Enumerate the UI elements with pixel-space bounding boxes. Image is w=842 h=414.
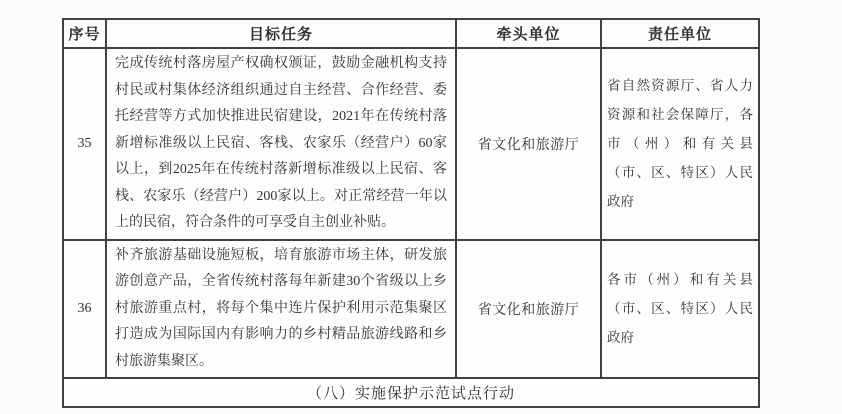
table-row-35: 35 完成传统村落房屋产权确权颁证，鼓励金融机构支持村民或村集体经济组织通过自主… [63,48,759,240]
lead-unit-cell: 省文化和旅游厅 [456,240,601,379]
responsible-unit-cell: 各市（州）和有关县（市、区、特区）人民政府 [601,240,759,379]
serial-number-cell: 35 [63,48,106,240]
section-footer-row: （八）实施保护示范试点行动 [63,378,759,407]
target-task-cell: 补齐旅游基础设施短板，培育旅游市场主体，研发旅游创意产品，全省传统村落每年新建3… [106,240,456,379]
lead-unit-cell: 省文化和旅游厅 [456,48,601,240]
header-lead-unit: 牵头单位 [456,19,601,48]
header-row: 序号 目标任务 牵头单位 责任单位 [63,19,759,48]
table-row-36: 36 补齐旅游基础设施短板，培育旅游市场主体，研发旅游创意产品，全省传统村落每年… [63,240,759,379]
target-task-cell: 完成传统村落房屋产权确权颁证，鼓励金融机构支持村民或村集体经济组织通过自主经营、… [106,48,456,240]
header-target-task: 目标任务 [106,19,456,48]
serial-number-cell: 36 [63,240,106,379]
section-footer-label: （八）实施保护示范试点行动 [63,378,759,407]
tasks-table: 序号 目标任务 牵头单位 责任单位 35 完成传统村落房屋产权确权颁证，鼓励金融… [62,18,760,408]
header-responsible-unit: 责任单位 [601,19,759,48]
header-serial-number: 序号 [63,19,106,48]
responsible-unit-cell: 省自然资源厅、省人力资源和社会保障厅，各市（州）和有关县（市、区、特区）人民政府 [601,48,759,240]
